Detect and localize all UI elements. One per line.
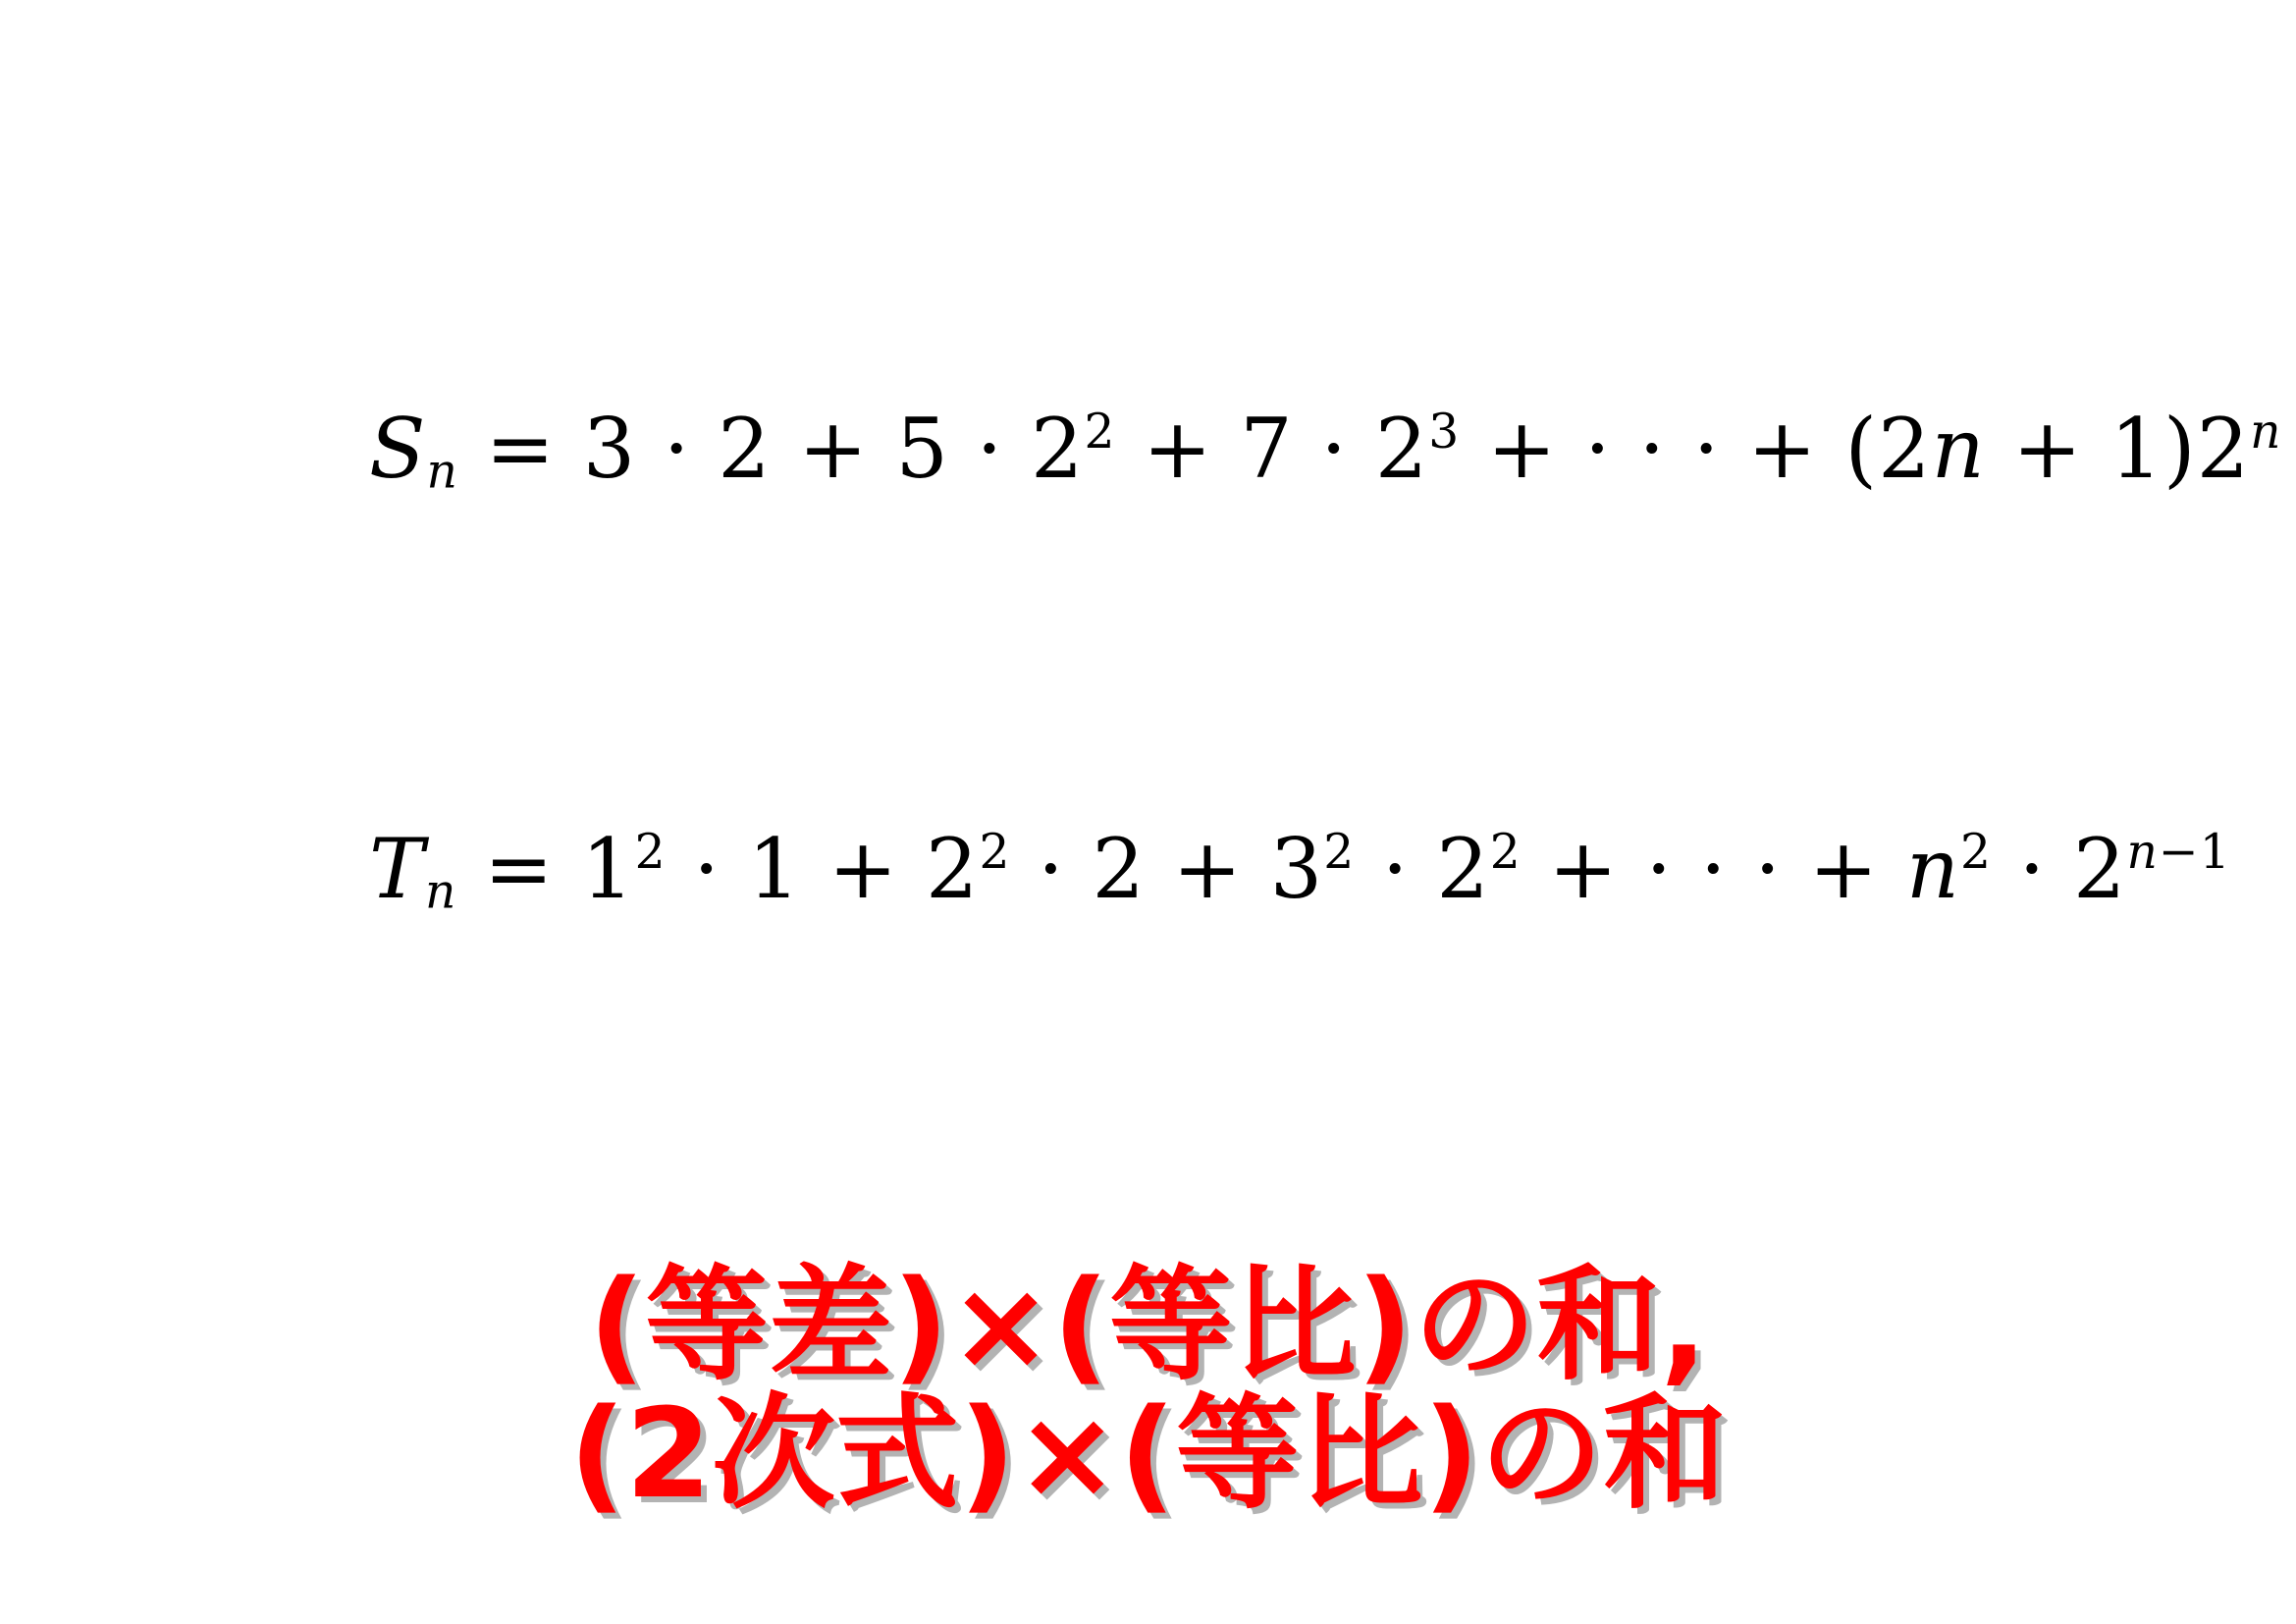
math-var: S bbox=[369, 401, 427, 497]
math-subscript: n bbox=[427, 445, 458, 500]
math-superscript: 2 bbox=[1960, 825, 1992, 880]
math-run: + · · · + (2 bbox=[1460, 401, 1931, 497]
caption-line-1: (等差)×(等比)の和, bbox=[0, 1261, 2296, 1389]
math-var: n bbox=[1932, 401, 1986, 497]
math-superscript: n bbox=[2127, 825, 2159, 880]
caption: (等差)×(等比)の和, (2次式)×(等比)の和 bbox=[0, 1261, 2296, 1518]
math-run: · 2 + 3 bbox=[1010, 821, 1323, 917]
math-run: = 1 bbox=[456, 821, 634, 917]
math-run: · 1 + 2 bbox=[667, 821, 980, 917]
math-superscript: 2 bbox=[1490, 825, 1522, 880]
math-run: + 1)2 bbox=[1986, 401, 2250, 497]
slide: Sn = 3 · 2 + 5 · 22 + 7 · 23 + · · · + (… bbox=[0, 0, 2296, 1624]
math-subscript: n bbox=[425, 865, 456, 920]
math-superscript: n bbox=[2250, 405, 2281, 460]
math-run: + · · · + bbox=[1522, 821, 1906, 917]
math-run: = 3 · 2 + 5 · 2 bbox=[458, 401, 1085, 497]
math-superscript: 2 bbox=[979, 825, 1010, 880]
math-superscript: 3 bbox=[1428, 405, 1460, 460]
math-var: n bbox=[1906, 821, 1960, 917]
caption-line-2: (2次式)×(等比)の和 bbox=[0, 1389, 2296, 1518]
math-superscript: 2 bbox=[1323, 825, 1355, 880]
formula-tn: Tn = 12 · 1 + 22 · 2 + 32 · 22 + · · · +… bbox=[369, 821, 2231, 920]
math-superscript: −1 bbox=[2159, 825, 2231, 880]
formula-sn: Sn = 3 · 2 + 5 · 22 + 7 · 23 + · · · + (… bbox=[369, 401, 2282, 500]
math-run: · 2 bbox=[1992, 821, 2127, 917]
math-run: · 2 bbox=[1355, 821, 1490, 917]
math-var: T bbox=[369, 821, 425, 917]
math-run: + 7 · 2 bbox=[1116, 401, 1429, 497]
math-superscript: 2 bbox=[635, 825, 667, 880]
math-superscript: 2 bbox=[1085, 405, 1116, 460]
